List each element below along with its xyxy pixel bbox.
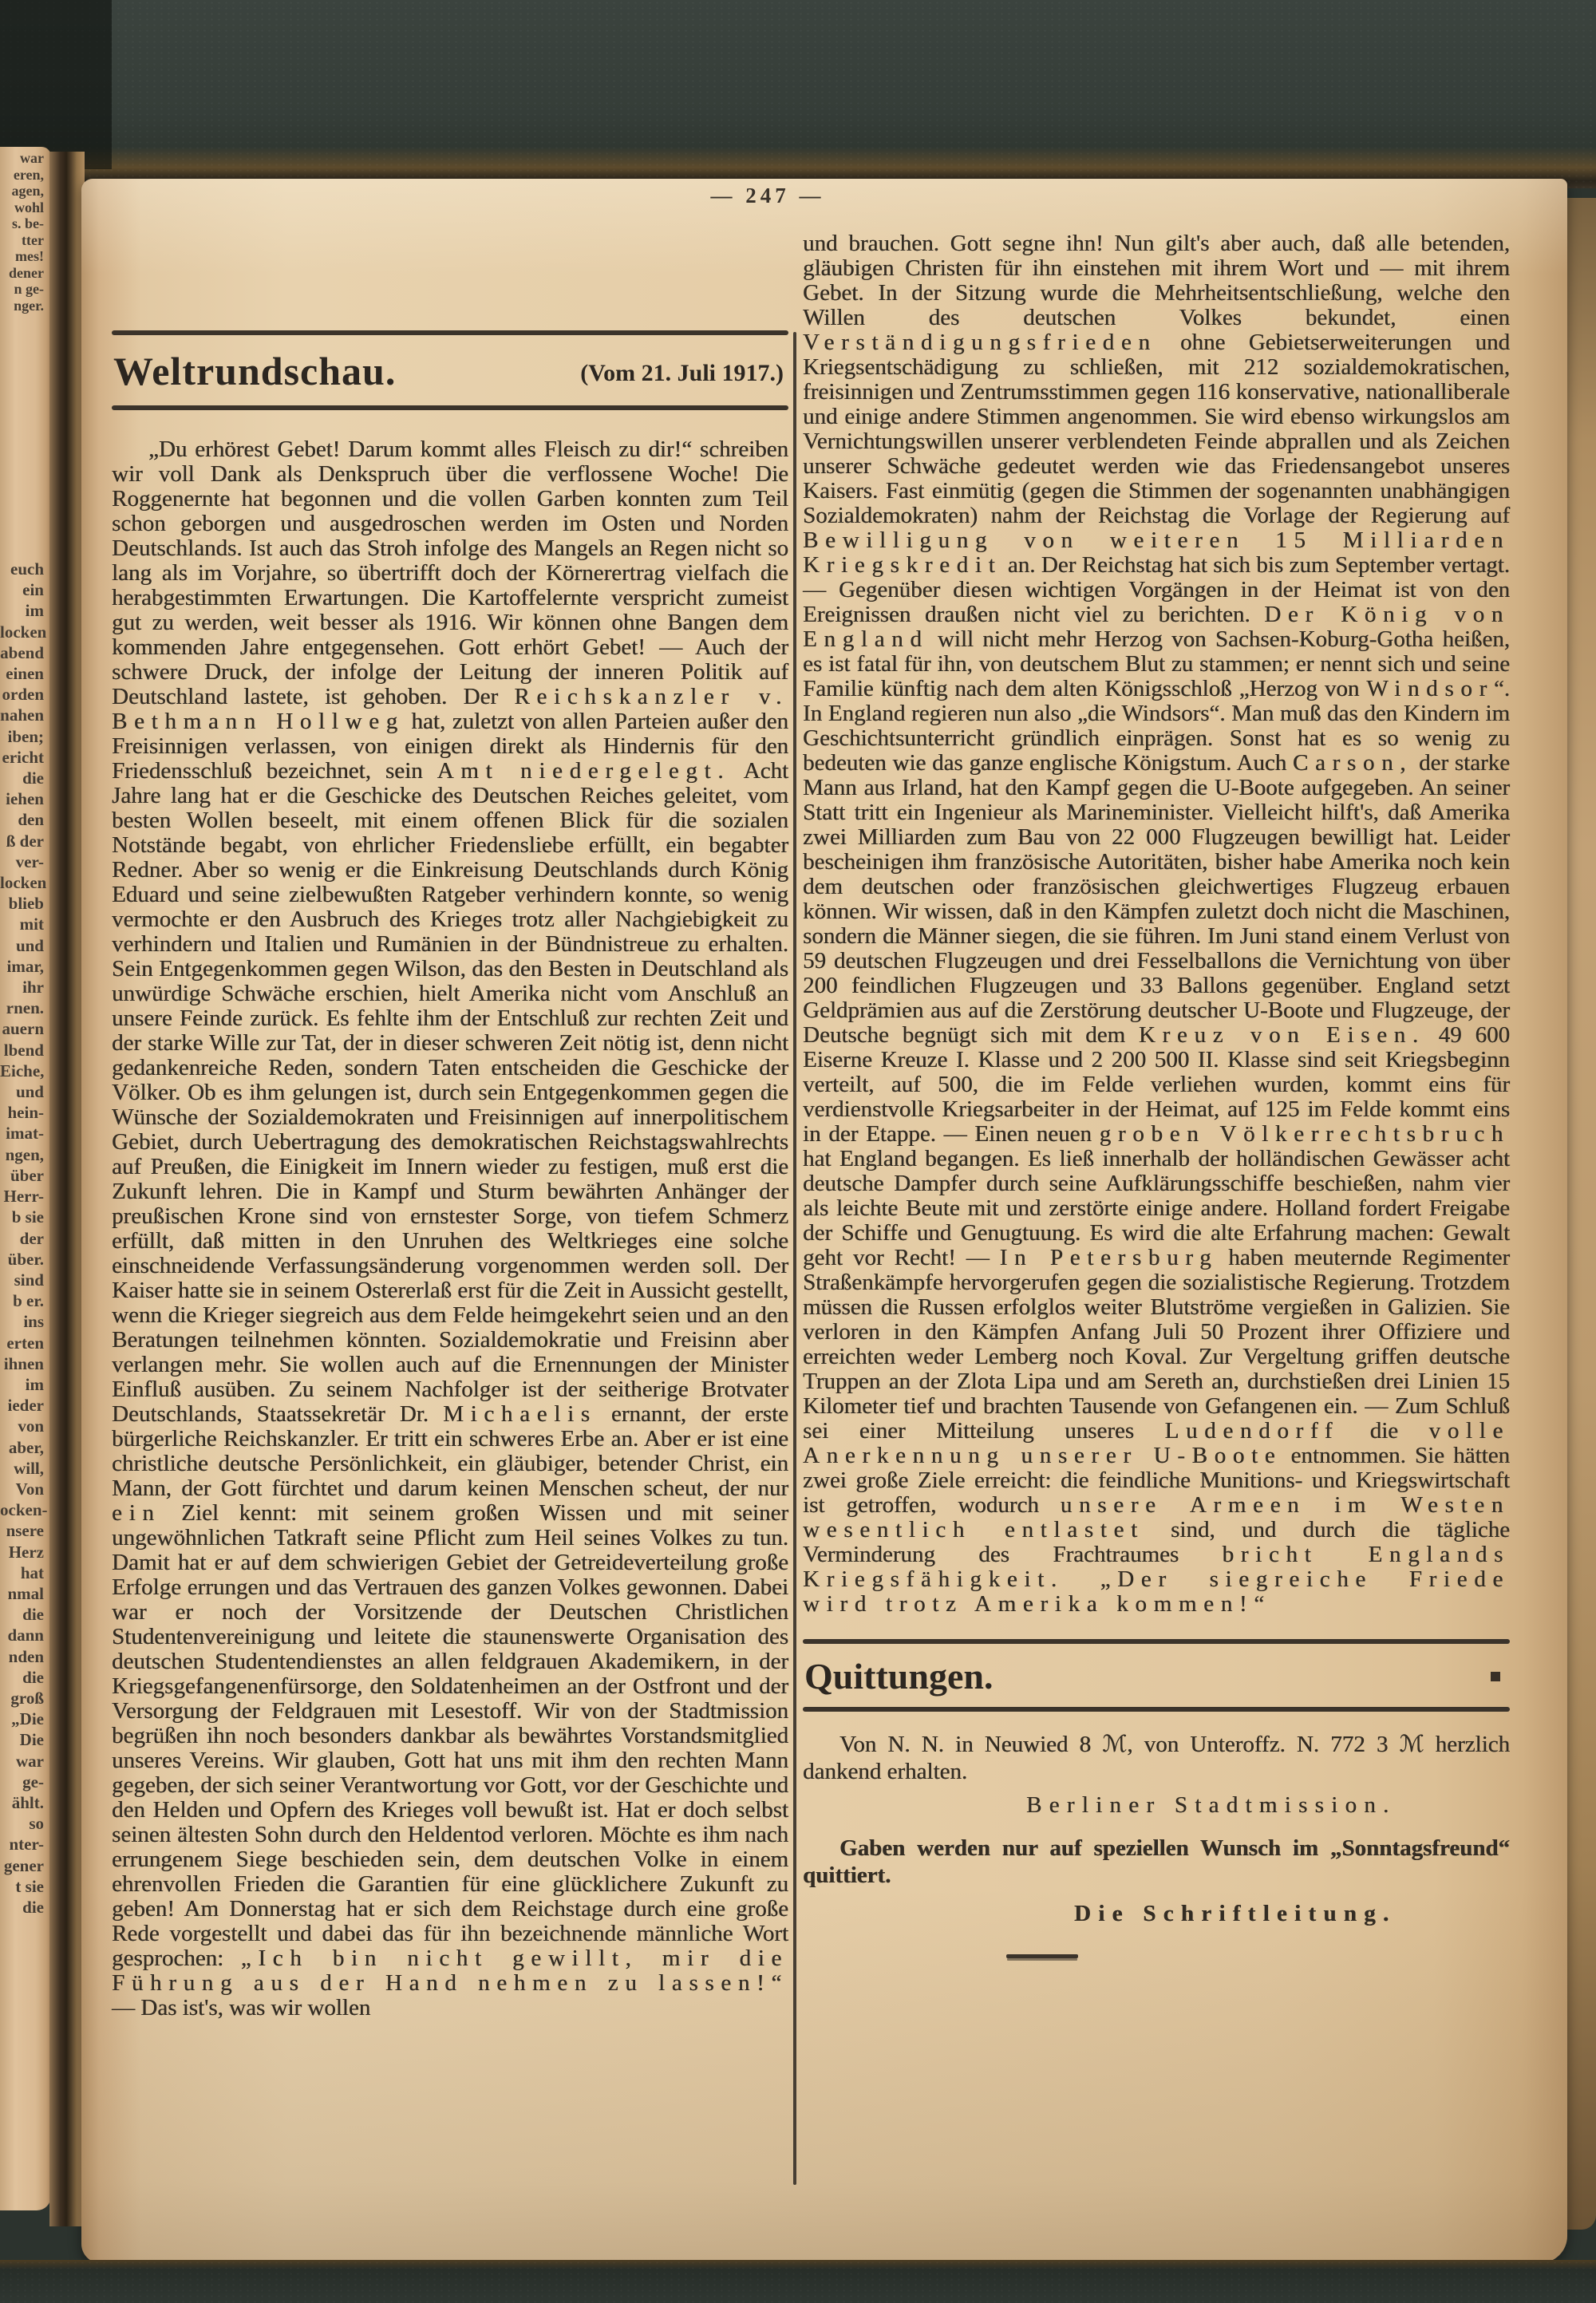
square-ornament-icon: [1491, 1672, 1500, 1681]
book-cover-top: [0, 0, 1596, 188]
article-header: Weltrundschau. (Vom 21. Juli 1917.): [112, 335, 788, 405]
book-scan: { "page": { "number": "— 247 —" }, "arti…: [0, 0, 1596, 2303]
book-cover-bottom: [0, 2260, 1596, 2303]
heading-rule-bottom: [112, 405, 788, 410]
receipts-rule-bottom: [803, 1707, 1510, 1712]
scanned-page: — 247 — Weltrundschau. (Vom 21. Juli 191…: [81, 179, 1567, 2263]
margin-fragments-main: eucheinimlockenabendeinenordennaheniben;…: [0, 559, 47, 1918]
article-right-text: und brauchen. Gott segne ihn! Nun gilt's…: [803, 231, 1510, 1617]
article-left-text: „Du erhörest Gebet! Darum kommt alles Fl…: [112, 437, 788, 2021]
article-title: Weltrundschau.: [113, 348, 396, 394]
receipts-body: Von N. N. in Neuwied 8 ℳ, von Unteroffz.…: [803, 1731, 1510, 1785]
receipts-section: Quittungen. Von N. N. in Neuwied 8 ℳ, vo…: [803, 1639, 1510, 1958]
receipts-end-rule: [1006, 1954, 1078, 1958]
page-number: — 247 —: [656, 184, 879, 208]
article-date: (Vom 21. Juli 1917.): [580, 360, 784, 394]
article-left-column: Weltrundschau. (Vom 21. Juli 1917.) „Du …: [112, 330, 788, 2021]
receipts-signature-mission: Berliner Stadtmission.: [803, 1791, 1510, 1819]
margin-fragments-top: wareren,agen,wohls. be-ttermes!denern ge…: [0, 150, 47, 314]
receipts-title: Quittungen.: [804, 1655, 993, 1697]
receipts-note: Gaben werden nur auf speziellen Wunsch i…: [803, 1835, 1510, 1889]
article-right-column: und brauchen. Gott segne ihn! Nun gilt's…: [803, 231, 1510, 1958]
receipts-signature-editorial: Die Schriftleitung.: [803, 1900, 1510, 1927]
page-gutter-shadow: [49, 152, 85, 2226]
book-cover-corner: [0, 0, 112, 169]
column-divider: [793, 332, 796, 2185]
receipts-header: Quittungen.: [803, 1644, 1510, 1707]
